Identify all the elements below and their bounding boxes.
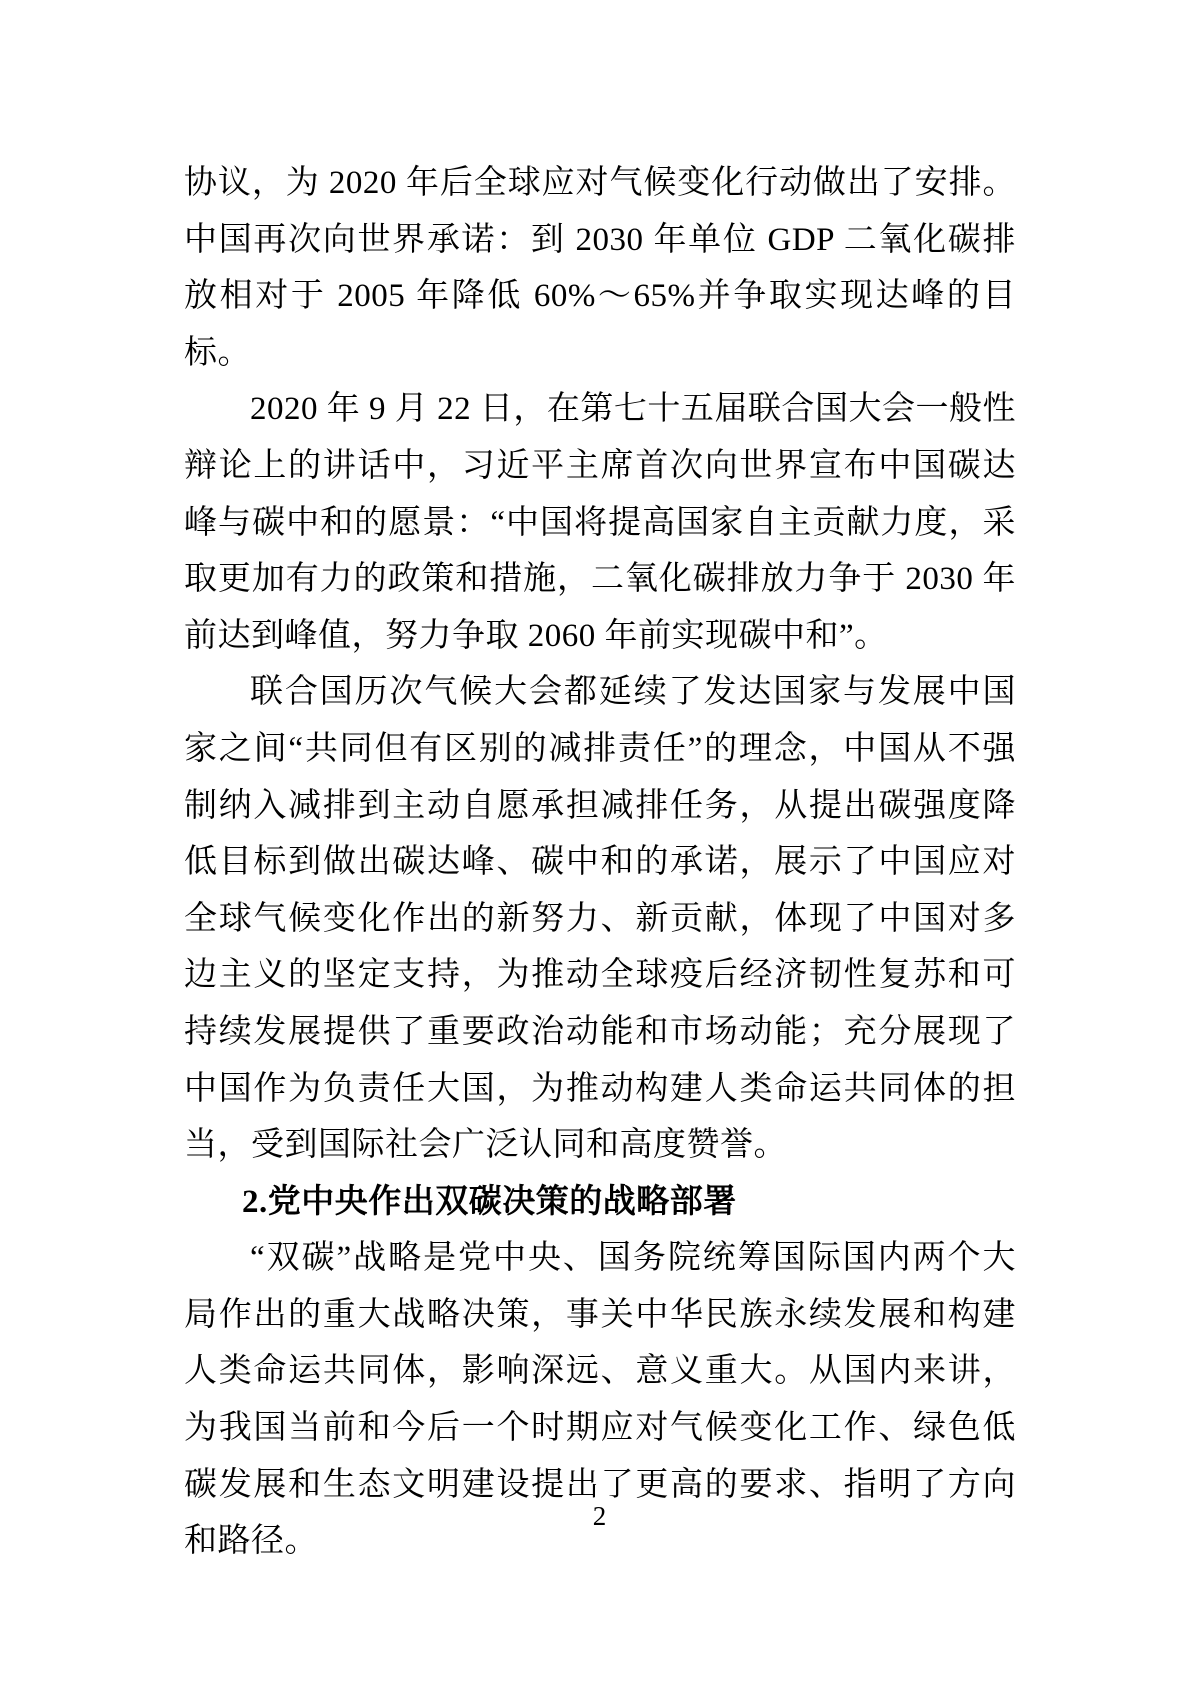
paragraph: 联合国历次气候大会都延续了发达国家与发展中国家之间“共同但有区别的减排责任”的理…: [184, 664, 1016, 1173]
section-heading: 2.党中央作出双碳决策的战略部署: [184, 1174, 1016, 1231]
paragraph-continuation: 协议，为 2020 年后全球应对气候变化行动做出了安排。中国再次向世界承诺：到 …: [184, 155, 1016, 381]
page-footer: 2: [0, 1496, 1199, 1536]
page-number: 2: [593, 1501, 607, 1531]
paragraph: 2020 年 9 月 22 日，在第七十五届联合国大会一般性辩论上的讲话中，习近…: [184, 381, 1016, 664]
document-page-body: 协议，为 2020 年后全球应对气候变化行动做出了安排。中国再次向世界承诺：到 …: [184, 155, 1016, 1570]
